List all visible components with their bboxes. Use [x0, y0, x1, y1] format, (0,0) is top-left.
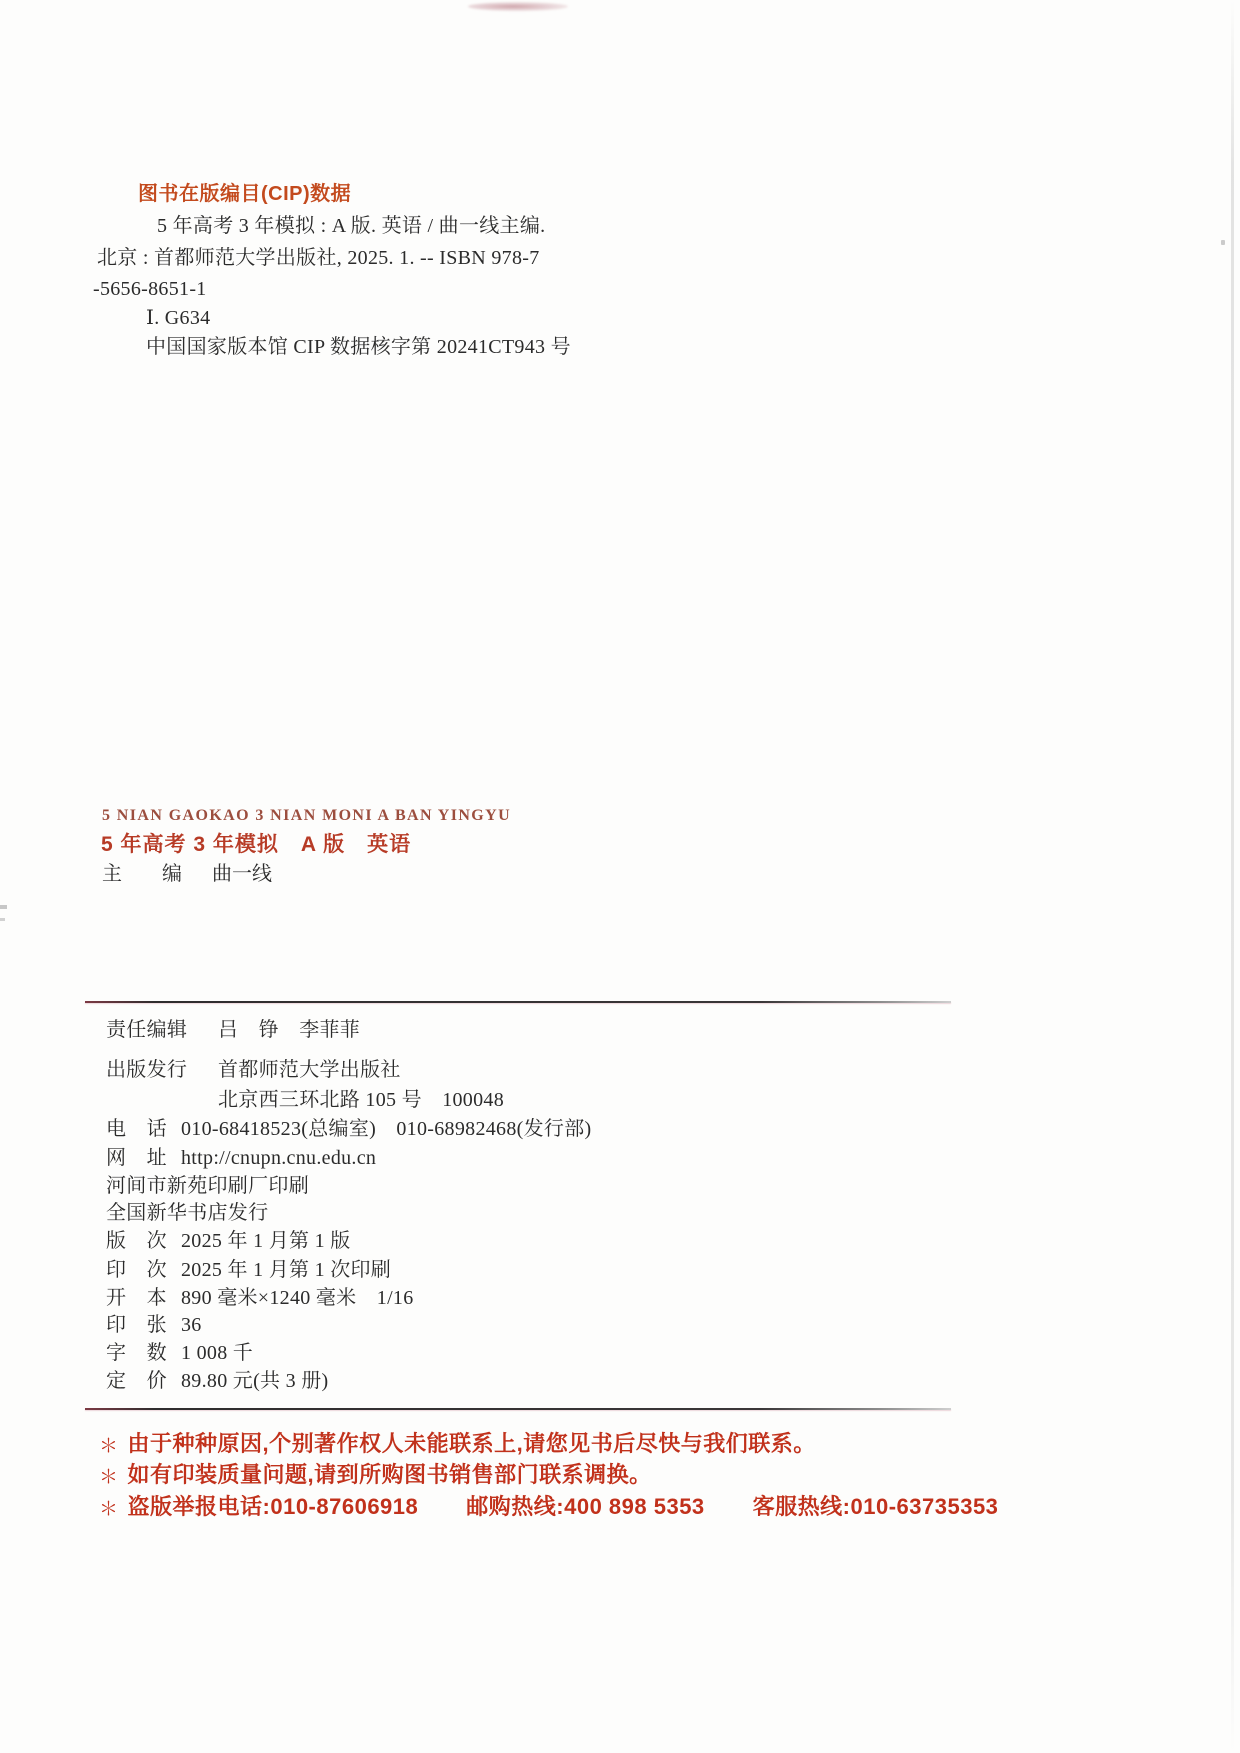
- divider-rule-bottom: [85, 1408, 951, 1410]
- hotline-mail-order: 邮购热线:400 898 5353: [466, 1494, 704, 1519]
- notice-hotlines: ＊盗版举报电话:010-87606918邮购热线:400 898 5353客服热…: [99, 1496, 998, 1518]
- colophon-row-format: 开 本890 毫米×1240 毫米 1/16: [106, 1288, 414, 1308]
- colophon-label: 印 次: [106, 1260, 181, 1280]
- notice-copyright-contact: ＊由于种种原因,个别著作权人未能联系上,请您见书后尽快与我们联系。: [99, 1433, 816, 1455]
- colophon-label: 字 数: [106, 1343, 181, 1363]
- notice-print-quality: ＊如有印装质量问题,请到所购图书销售部门联系调换。: [99, 1464, 652, 1486]
- scan-speck: [1221, 240, 1225, 245]
- scanned-colophon-page: 图书在版编目(CIP)数据 5 年高考 3 年模拟 : A 版. 英语 / 曲一…: [0, 0, 1240, 1753]
- colophon-label: 开 本: [106, 1288, 181, 1308]
- page-edge-shadow: [1231, 0, 1234, 1753]
- colophon-value: 首都师范大学出版社: [218, 1059, 401, 1081]
- colophon-label: 印 张: [106, 1315, 181, 1335]
- cip-line-title: 5 年高考 3 年模拟 : A 版. 英语 / 曲一线主编.: [157, 215, 545, 237]
- colophon-row-publisher: 出版发行首都师范大学出版社: [106, 1060, 401, 1080]
- colophon-label: 版 次: [106, 1231, 181, 1251]
- colophon-row-address: 北京西三环北路 105 号 100048: [106, 1090, 504, 1110]
- colophon-label: 定 价: [106, 1371, 181, 1391]
- scan-edge-mark: [0, 905, 7, 909]
- colophon-label: 电 话: [106, 1119, 181, 1139]
- colophon-website-url: http://cnupn.cnu.edu.cn: [181, 1147, 376, 1169]
- asterisk-bullet: ＊: [99, 1436, 119, 1457]
- colophon-label: 出版发行: [106, 1060, 218, 1080]
- colophon-value: 010-68418523(总编室) 010-68982468(发行部): [181, 1118, 591, 1140]
- colophon-value: 全国新华书店发行: [106, 1202, 268, 1224]
- colophon-row-impression: 印 次2025 年 1 月第 1 次印刷: [106, 1260, 391, 1280]
- colophon-row-phone: 电 话010-68418523(总编室) 010-68982468(发行部): [106, 1119, 591, 1139]
- colophon-row-edition: 版 次2025 年 1 月第 1 版: [106, 1231, 351, 1251]
- colophon-row-website: 网 址http://cnupn.cnu.edu.cn: [106, 1148, 376, 1168]
- cip-header: 图书在版编目(CIP)数据: [138, 184, 351, 204]
- colophon-value: 2025 年 1 月第 1 次印刷: [181, 1259, 391, 1281]
- colophon-value: 吕 铮 李菲菲: [218, 1019, 360, 1041]
- colophon-value: 89.80 元(共 3 册): [181, 1370, 329, 1392]
- hotline-customer-service: 客服热线:010-63735353: [753, 1494, 999, 1519]
- colophon-row-printer: 河间市新苑印刷厂印刷: [106, 1176, 309, 1196]
- colophon-value: 890 毫米×1240 毫米 1/16: [181, 1287, 414, 1309]
- scan-edge-mark: [0, 918, 5, 921]
- asterisk-bullet: ＊: [99, 1467, 119, 1488]
- asterisk-bullet: ＊: [99, 1499, 119, 1520]
- chief-editor-label: 主 编: [102, 863, 182, 885]
- book-title: 5 年高考 3 年模拟 A 版 英语: [101, 834, 411, 855]
- colophon-value: 1 008 千: [181, 1342, 253, 1364]
- cip-line-isbn-continuation: -5656-8651-1: [93, 278, 207, 300]
- hotline-piracy: 盗版举报电话:010-87606918: [128, 1494, 419, 1519]
- colophon-label: 网 址: [106, 1148, 181, 1168]
- cip-line-classification: Ⅰ. G634: [146, 307, 210, 329]
- chief-editor-row: 主 编曲一线: [102, 864, 272, 884]
- cip-line-record-number: 中国国家版本馆 CIP 数据核字第 20241CT943 号: [146, 336, 571, 358]
- colophon-row-editors: 责任编辑吕 铮 李菲菲: [106, 1020, 360, 1040]
- cip-line-publisher-isbn: 北京 : 首都师范大学出版社, 2025. 1. -- ISBN 978-7: [97, 247, 540, 269]
- colophon-value: 河间市新苑印刷厂印刷: [106, 1175, 309, 1197]
- colophon-row-sheets: 印 张36: [106, 1315, 202, 1335]
- colophon-row-wordcount: 字 数1 008 千: [106, 1343, 253, 1363]
- notice-text: 如有印装质量问题,请到所购图书销售部门联系调换。: [128, 1462, 652, 1487]
- colophon-value: 北京西三环北路 105 号 100048: [218, 1089, 504, 1111]
- divider-rule-top: [85, 1001, 951, 1003]
- notice-text: 由于种种原因,个别著作权人未能联系上,请您见书后尽快与我们联系。: [128, 1431, 816, 1456]
- chief-editor-name: 曲一线: [212, 863, 272, 885]
- colophon-label: 责任编辑: [106, 1020, 218, 1040]
- colophon-row-price: 定 价89.80 元(共 3 册): [106, 1371, 329, 1391]
- book-title-pinyin: 5 NIAN GAOKAO 3 NIAN MONI A BAN YINGYU: [102, 808, 511, 824]
- colophon-row-distribution: 全国新华书店发行: [106, 1203, 268, 1223]
- colophon-value: 36: [181, 1314, 202, 1336]
- scan-smudge-artifact: [468, 2, 568, 11]
- colophon-value: 2025 年 1 月第 1 版: [181, 1230, 351, 1252]
